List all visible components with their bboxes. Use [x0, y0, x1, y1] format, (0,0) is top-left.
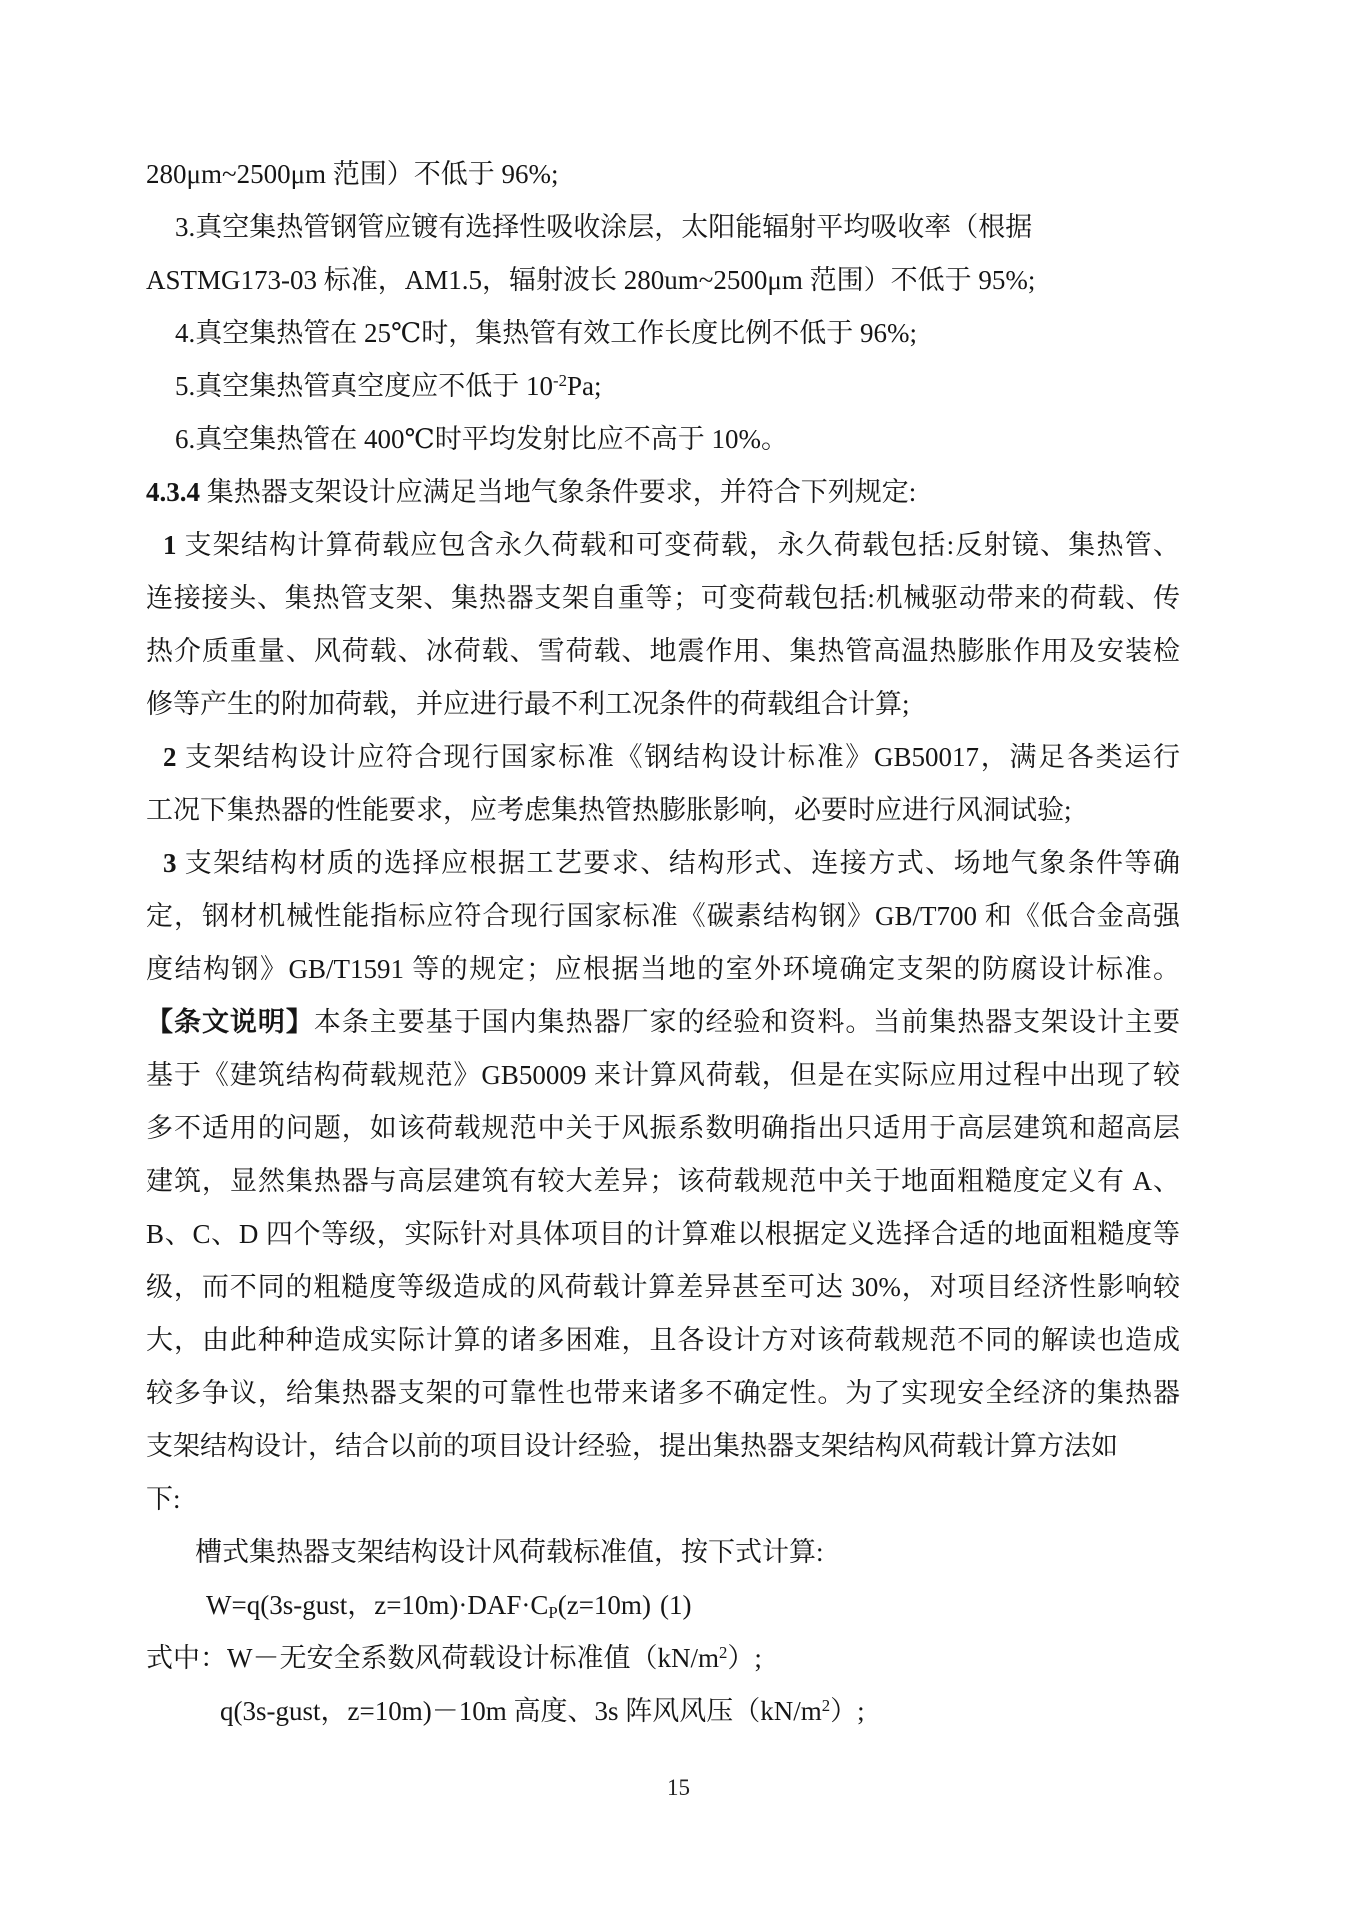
- text-segment: 【条文说明】: [146, 1007, 314, 1037]
- text-line: 较多争议，给集热器支架的可靠性也带来诸多不确定性。为了实现安全经济的集热器: [146, 1367, 1180, 1420]
- text-segment: ）;: [830, 1696, 865, 1726]
- text-segment: 热介质重量、风荷载、冰荷载、雪荷载、地震作用、集热管高温热膨胀作用及安装检: [146, 636, 1180, 666]
- text-line: 连接接头、集热管支架、集热器支架自重等；可变荷载包括:机械驱动带来的荷载、传: [146, 572, 1180, 625]
- text-line: 【条文说明】本条主要基于国内集热器厂家的经验和资料。当前集热器支架设计主要: [146, 996, 1180, 1049]
- text-segment: P: [548, 1603, 557, 1622]
- text-segment: 多不适用的问题，如该荷载规范中关于风振系数明确指出只适用于高层建筑和超高层: [146, 1113, 1180, 1143]
- text-line: W=q(3s-gust，z=10m)·DAF·CP(z=10m)(1): [146, 1579, 1180, 1632]
- text-segment: 集热器支架设计应满足当地气象条件要求，并符合下列规定:: [200, 477, 916, 507]
- text-line: 1 支架结构计算荷载应包含永久荷载和可变荷载，永久荷载包括:反射镜、集热管、: [146, 519, 1180, 572]
- text-line: 4.真空集热管在 25℃时，集热管有效工作长度比例不低于 96%;: [146, 307, 1180, 360]
- text-line: 6.真空集热管在 400℃时平均发射比应不高于 10%。: [146, 413, 1180, 466]
- text-line: 支架结构设计，结合以前的项目设计经验，提出集热器支架结构风荷载计算方法如: [146, 1420, 1180, 1473]
- text-segment: 4.3.4: [146, 477, 200, 507]
- text-segment: 6.真空集热管在 400℃时平均发射比应不高于 10%。: [175, 424, 788, 454]
- text-segment: 支架结构设计，结合以前的项目设计经验，提出集热器支架结构风荷载计算方法如: [146, 1431, 1118, 1461]
- text-segment: 支架结构材质的选择应根据工艺要求、结构形式、连接方式、场地气象条件等确: [177, 848, 1181, 878]
- text-segment: 1: [163, 530, 177, 560]
- text-segment: 2: [163, 742, 177, 772]
- text-line: 5.真空集热管真空度应不低于 10-2Pa;: [146, 360, 1180, 413]
- text-segment: 较多争议，给集热器支架的可靠性也带来诸多不确定性。为了实现安全经济的集热器: [146, 1378, 1180, 1408]
- text-line: 工况下集热器的性能要求，应考虑集热管热膨胀影响，必要时应进行风洞试验;: [146, 784, 1180, 837]
- text-line: 度结构钢》GB/T1591 等的规定；应根据当地的室外环境确定支架的防腐设计标准…: [146, 943, 1180, 996]
- text-segment: 本条主要基于国内集热器厂家的经验和资料。当前集热器支架设计主要: [314, 1007, 1180, 1037]
- page-number-label: 15: [0, 1768, 1357, 1808]
- text-segment: 下:: [146, 1484, 181, 1514]
- text-segment: 4.真空集热管在 25℃时，集热管有效工作长度比例不低于 96%;: [175, 318, 917, 348]
- text-segment: 工况下集热器的性能要求，应考虑集热管热膨胀影响，必要时应进行风洞试验;: [146, 795, 1072, 825]
- text-line: 建筑，显然集热器与高层建筑有较大差异；该荷载规范中关于地面粗糙度定义有 A、: [146, 1155, 1180, 1208]
- text-line: 热介质重量、风荷载、冰荷载、雪荷载、地震作用、集热管高温热膨胀作用及安装检: [146, 625, 1180, 678]
- text-segment: (1): [660, 1579, 691, 1632]
- text-line: 槽式集热器支架结构设计风荷载标准值，按下式计算:: [146, 1526, 1180, 1579]
- text-segment: 大，由此种种造成实际计算的诸多困难，且各设计方对该荷载规范不同的解读也造成: [146, 1325, 1180, 1355]
- text-segment: 槽式集热器支架结构设计风荷载标准值，按下式计算:: [195, 1537, 824, 1567]
- text-segment: 3: [163, 848, 177, 878]
- text-line: 4.3.4 集热器支架设计应满足当地气象条件要求，并符合下列规定:: [146, 466, 1180, 519]
- text-segment: (z=10m): [558, 1590, 651, 1620]
- text-segment: 2: [822, 1696, 830, 1715]
- text-line: 3.真空集热管钢管应镀有选择性吸收涂层，太阳能辐射平均吸收率（根据: [146, 201, 1180, 254]
- text-segment: 修等产生的附加荷载，并应进行最不利工况条件的荷载组合计算;: [146, 689, 910, 719]
- text-segment: 度结构钢》GB/T1591 等的规定；应根据当地的室外环境确定支架的防腐设计标准…: [146, 954, 1180, 984]
- text-line: 级，而不同的粗糙度等级造成的风荷载计算差异甚至可达 30%，对项目经济性影响较: [146, 1261, 1180, 1314]
- text-line: 多不适用的问题，如该荷载规范中关于风振系数明确指出只适用于高层建筑和超高层: [146, 1102, 1180, 1155]
- text-segment: 支架结构计算荷载应包含永久荷载和可变荷载，永久荷载包括:反射镜、集热管、: [177, 530, 1181, 560]
- text-segment: ASTMG173-03 标准，AM1.5，辐射波长 280um~2500μm 范…: [146, 265, 1035, 295]
- text-segment: B、C、D 四个等级，实际针对具体项目的计算难以根据定义选择合适的地面粗糙度等: [146, 1219, 1180, 1249]
- text-line: 基于《建筑结构荷载规范》GB50009 来计算风荷载，但是在实际应用过程中出现了…: [146, 1049, 1180, 1102]
- text-segment: Pa;: [567, 371, 602, 401]
- document-page: 280μm~2500μm 范围）不低于 96%;3.真空集热管钢管应镀有选择性吸…: [0, 0, 1357, 1920]
- text-segment: ）;: [727, 1643, 762, 1673]
- text-line: 修等产生的附加荷载，并应进行最不利工况条件的荷载组合计算;: [146, 678, 1180, 731]
- text-segment: 级，而不同的粗糙度等级造成的风荷载计算差异甚至可达 30%，对项目经济性影响较: [146, 1272, 1180, 1302]
- text-line: 280μm~2500μm 范围）不低于 96%;: [146, 148, 1180, 201]
- text-segment: W=q(3s-gust，z=10m)·DAF·C: [206, 1590, 548, 1620]
- text-segment: 基于《建筑结构荷载规范》GB50009 来计算风荷载，但是在实际应用过程中出现了…: [146, 1060, 1180, 1090]
- text-segment: 连接接头、集热管支架、集热器支架自重等；可变荷载包括:机械驱动带来的荷载、传: [146, 583, 1180, 613]
- text-segment: q(3s-gust，z=10m)－10m 高度、3s 阵风风压（kN/m: [220, 1696, 822, 1726]
- text-line: 下:: [146, 1473, 1180, 1526]
- text-segment: 建筑，显然集热器与高层建筑有较大差异；该荷载规范中关于地面粗糙度定义有 A、: [146, 1166, 1180, 1196]
- document-body: 280μm~2500μm 范围）不低于 96%;3.真空集热管钢管应镀有选择性吸…: [146, 148, 1180, 1738]
- text-segment: -2: [553, 371, 567, 390]
- text-line: 大，由此种种造成实际计算的诸多困难，且各设计方对该荷载规范不同的解读也造成: [146, 1314, 1180, 1367]
- text-segment: 支架结构设计应符合现行国家标准《钢结构设计标准》GB50017，满足各类运行: [177, 742, 1181, 772]
- text-segment: 式中：W－无安全系数风荷载设计标准值（kN/m: [146, 1643, 719, 1673]
- text-line: 定，钢材机械性能指标应符合现行国家标准《碳素结构钢》GB/T700 和《低合金高…: [146, 890, 1180, 943]
- text-segment: 定，钢材机械性能指标应符合现行国家标准《碳素结构钢》GB/T700 和《低合金高…: [146, 901, 1180, 931]
- text-segment: 280μm~2500μm 范围）不低于 96%;: [146, 159, 559, 189]
- text-segment: 3.真空集热管钢管应镀有选择性吸收涂层，太阳能辐射平均吸收率（根据: [175, 212, 1032, 242]
- text-line: 式中：W－无安全系数风荷载设计标准值（kN/m2）;: [146, 1632, 1180, 1685]
- text-line: 2 支架结构设计应符合现行国家标准《钢结构设计标准》GB50017，满足各类运行: [146, 731, 1180, 784]
- text-line: ASTMG173-03 标准，AM1.5，辐射波长 280um~2500μm 范…: [146, 254, 1180, 307]
- text-line: q(3s-gust，z=10m)－10m 高度、3s 阵风风压（kN/m2）;: [146, 1685, 1180, 1738]
- text-line: B、C、D 四个等级，实际针对具体项目的计算难以根据定义选择合适的地面粗糙度等: [146, 1208, 1180, 1261]
- text-segment: 5.真空集热管真空度应不低于 10: [175, 371, 553, 401]
- text-line: 3 支架结构材质的选择应根据工艺要求、结构形式、连接方式、场地气象条件等确: [146, 837, 1180, 890]
